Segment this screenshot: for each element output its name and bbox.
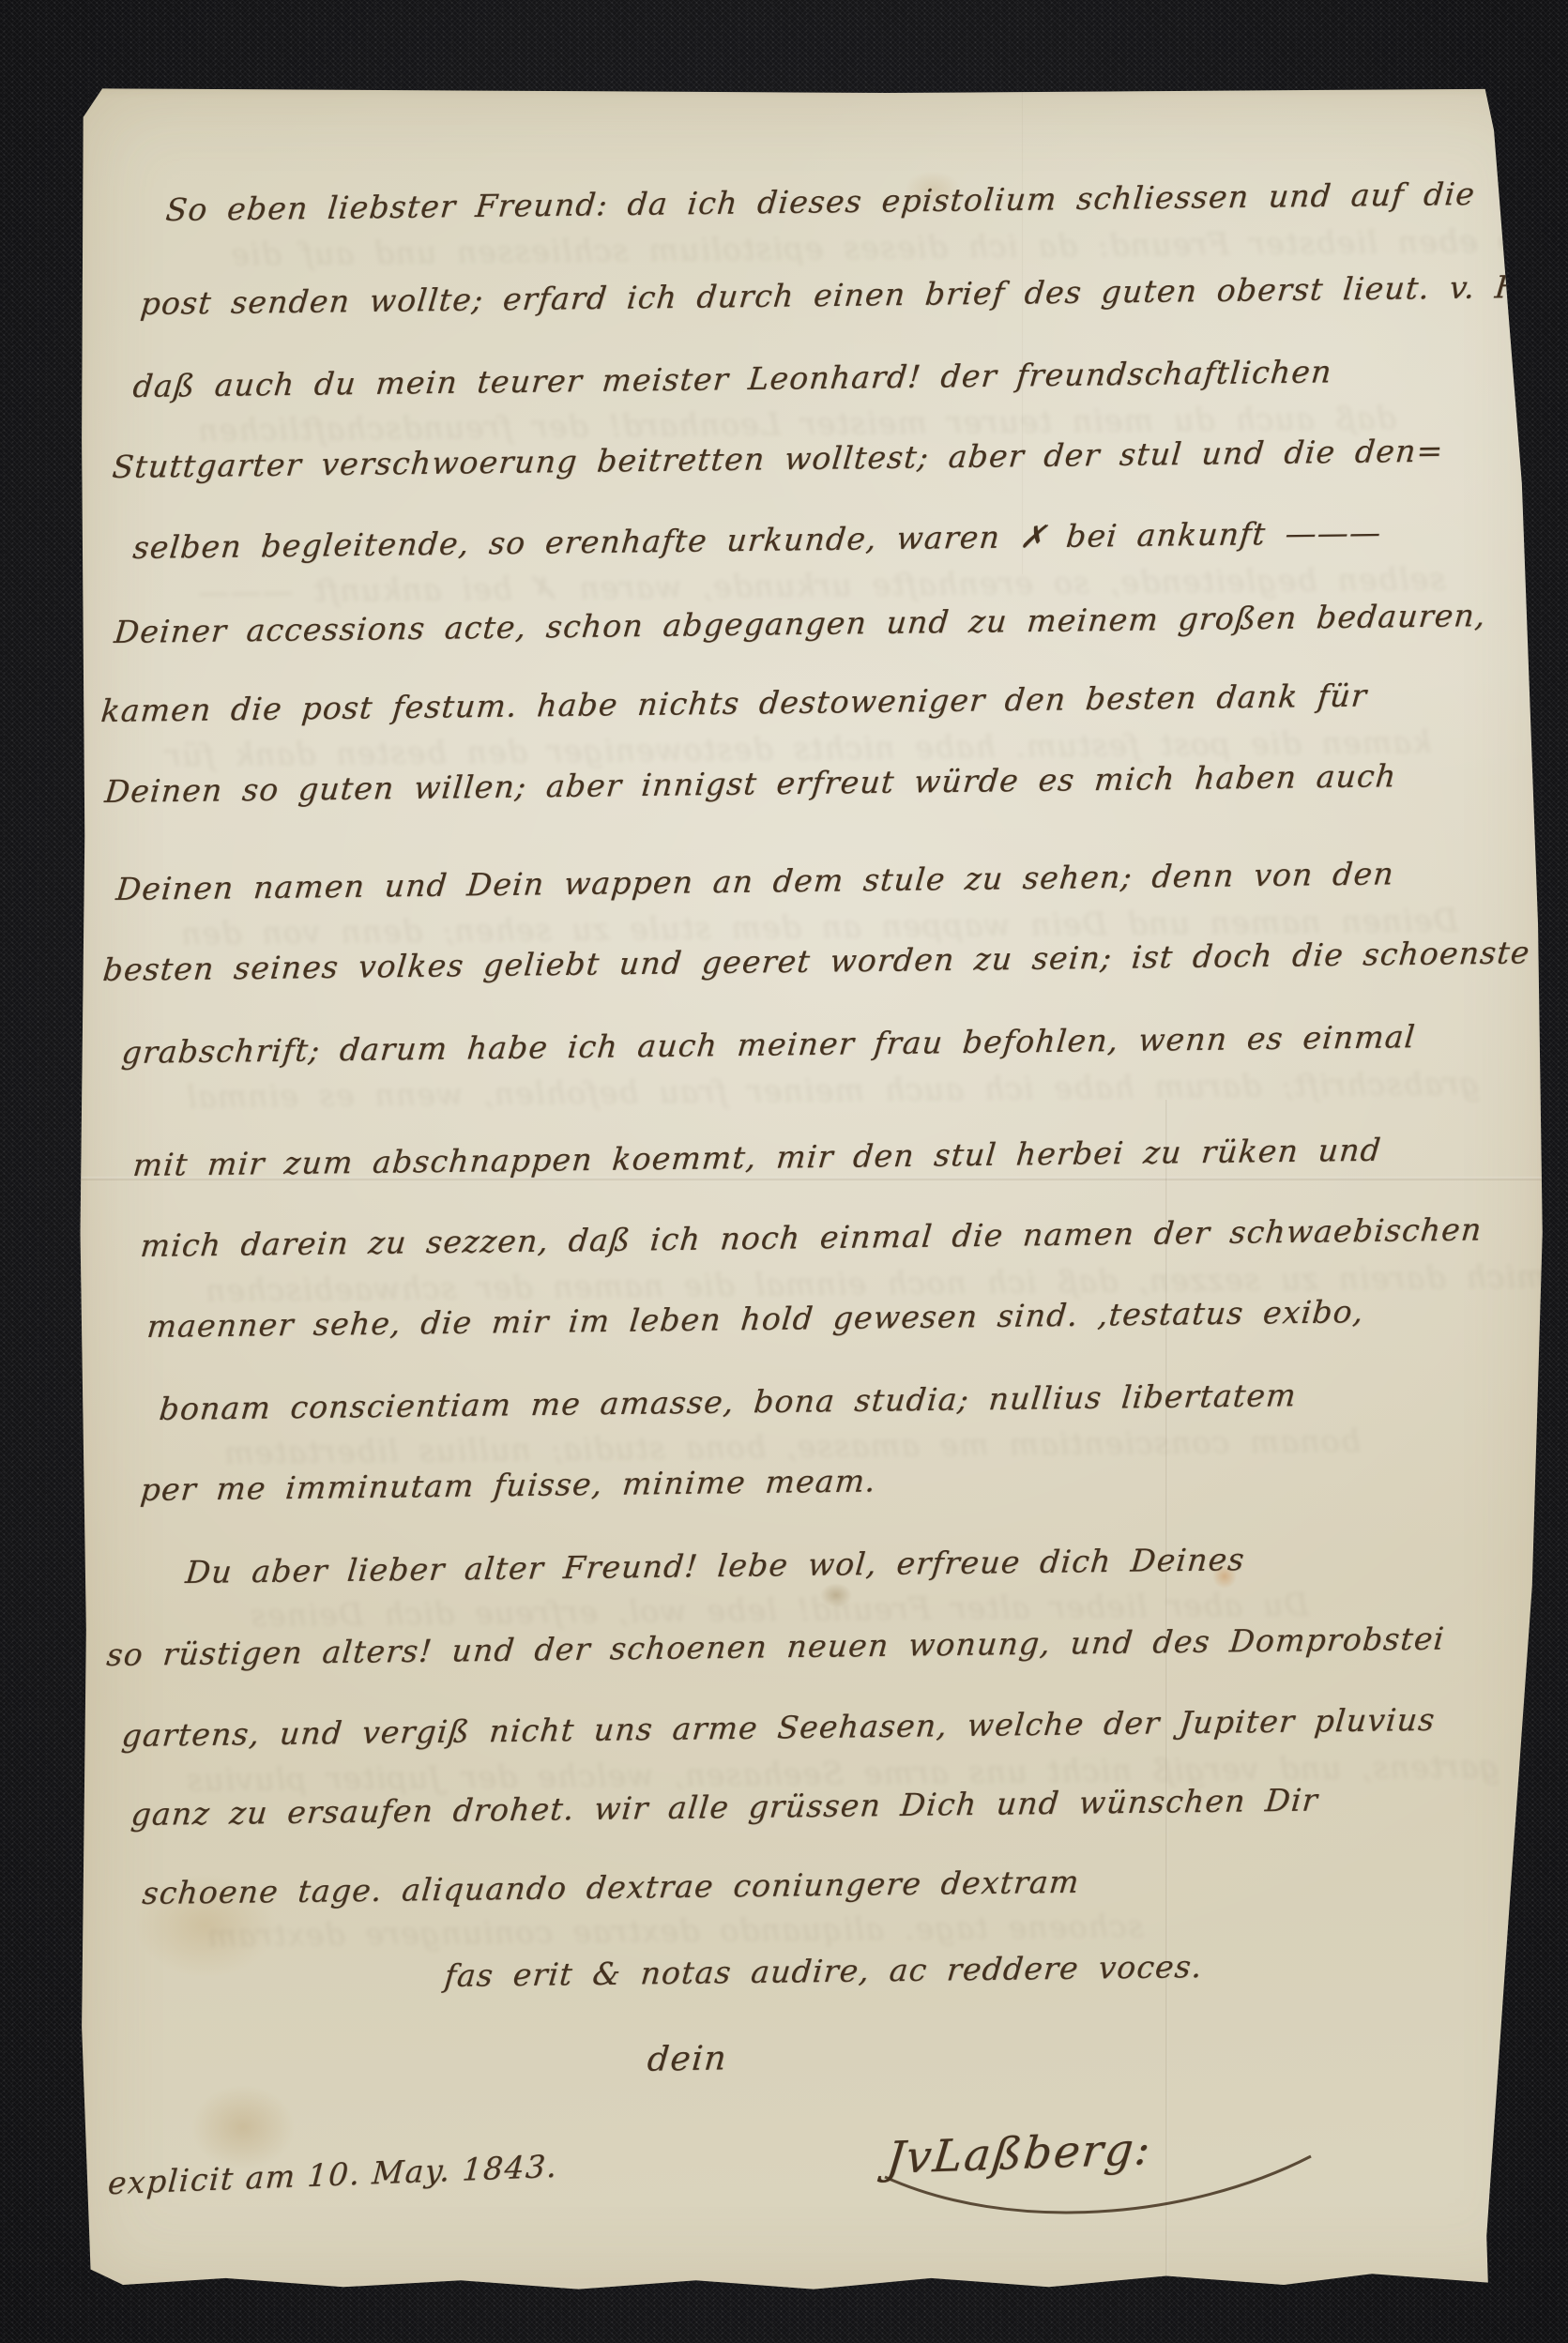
letter-line: grabschrift; darum habe ich auch meiner …: [120, 1018, 1417, 1071]
letter-line: selben begleitende, so erenhafte urkunde…: [131, 514, 1383, 566]
letter-line: Du aber lieber alter Freund! lebe wol, e…: [184, 1541, 1246, 1590]
letter-line: daß auch du mein teurer meister Leonhard…: [131, 353, 1333, 404]
letter-line: schoene tage. aliquando dextrae coniunge…: [141, 1864, 1081, 1911]
letter-line: mich darein zu sezzen, daß ich noch einm…: [139, 1210, 1484, 1264]
bleedthrough-text: grabschrift; darum habe ich auch meiner …: [186, 1065, 1480, 1115]
vertical-fold-crease-faint: [1022, 86, 1024, 574]
letter-line: per me imminutam fuisse, minime meam.: [139, 1462, 878, 1508]
bleedthrough-text: schoene tage. aliquando dextrae coniunge…: [206, 1908, 1144, 1954]
letter-line: gartens, und vergiß nicht uns arme Seeha…: [120, 1701, 1437, 1754]
letter-line: fas erit & notas audire, ac reddere voce…: [443, 1948, 1205, 1994]
letter-line: So eben liebster Freund: da ich dieses e…: [164, 175, 1477, 228]
signature: JvLaßberg:: [884, 2123, 1154, 2184]
foxing-stain: [191, 2085, 295, 2169]
bleedthrough-text: So eben liebster Freund: da ich dieses e…: [230, 222, 1540, 273]
letter-closing: dein: [646, 2039, 729, 2079]
letter-line: mit mir zum abschnappen koemmt, mir den …: [131, 1132, 1383, 1183]
dateline: explicit am 10. May. 1843.: [107, 2148, 559, 2202]
letter-line: Deinen namen und Dein wappen an dem stul…: [114, 855, 1396, 907]
letter-paper: So eben liebster Freund: da ich dieses e…: [79, 86, 1548, 2291]
letter-line: bonam conscientiam me amasse, bona studi…: [158, 1377, 1299, 1427]
letter-line: kamen die post festum. habe nichts desto…: [99, 677, 1369, 729]
letter-line: post senden wollte; erfard ich durch ein…: [139, 267, 1568, 322]
